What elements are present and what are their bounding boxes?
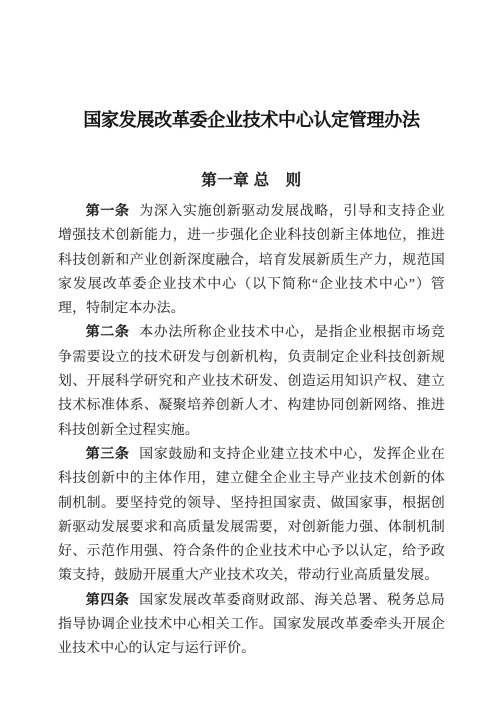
article-3-text: 国家鼓励和支持企业建立技术中心，发挥企业在科技创新中的主体作用，建立健全企业主导… — [58, 447, 445, 583]
article-1: 第一条为深入实施创新驱动发展战略，引导和支持企业增强技术创新能力，进一步强化企业… — [58, 200, 445, 321]
document-page: 国家发展改革委企业技术中心认定管理办法 第一章 总 则 第一条为深入实施创新驱动… — [0, 0, 500, 707]
document-body: 第一条为深入实施创新驱动发展战略，引导和支持企业增强技术创新能力，进一步强化企业… — [58, 200, 445, 662]
article-2: 第二条本办法所称企业技术中心，是指企业根据市场竞争需要设立的技术研发与创新机构，… — [58, 321, 445, 442]
article-1-label: 第一条 — [86, 204, 130, 219]
article-4: 第四条国家发展改革委商财政部、海关总署、税务总局指导协调企业技术中心相关工作。国… — [58, 589, 445, 662]
article-2-text: 本办法所称企业技术中心，是指企业根据市场竞争需要设立的技术研发与创新机构，负责制… — [58, 325, 445, 437]
article-3-label: 第三条 — [86, 447, 130, 462]
chapter-heading: 第一章 总 则 — [58, 170, 445, 192]
document-title: 国家发展改革委企业技术中心认定管理办法 — [58, 0, 445, 133]
article-2-label: 第二条 — [86, 325, 130, 340]
article-1-text: 为深入实施创新驱动发展战略，引导和支持企业增强技术创新能力，进一步强化企业科技创… — [58, 204, 445, 316]
article-4-label: 第四条 — [86, 593, 130, 608]
article-3: 第三条国家鼓励和支持企业建立技术中心，发挥企业在科技创新中的主体作用，建立健全企… — [58, 443, 445, 589]
